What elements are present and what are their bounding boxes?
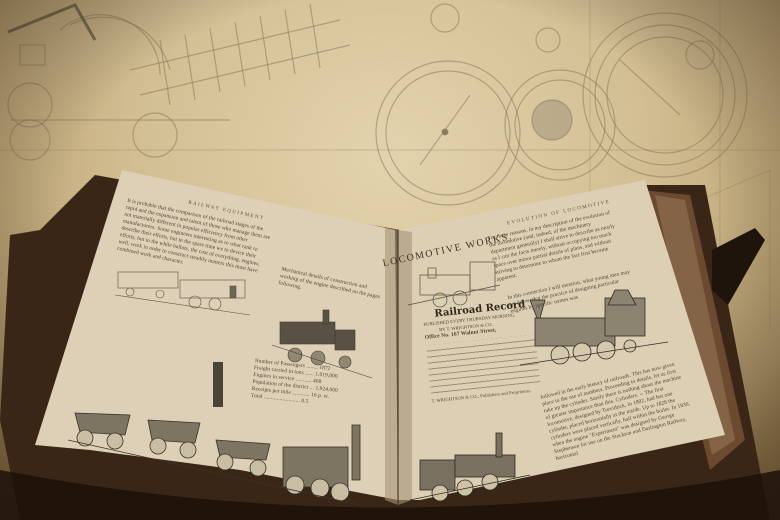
railroad-record-advert: Railroad Record PUBLISHED EVERY THURSDAY… xyxy=(422,299,541,405)
natural-image-scene: RAILWAY EQUIPMENT It is probable that th… xyxy=(0,0,780,520)
left-paragraph-2: Mechanical details of construction and w… xyxy=(274,266,385,327)
book-clasp xyxy=(712,228,765,305)
